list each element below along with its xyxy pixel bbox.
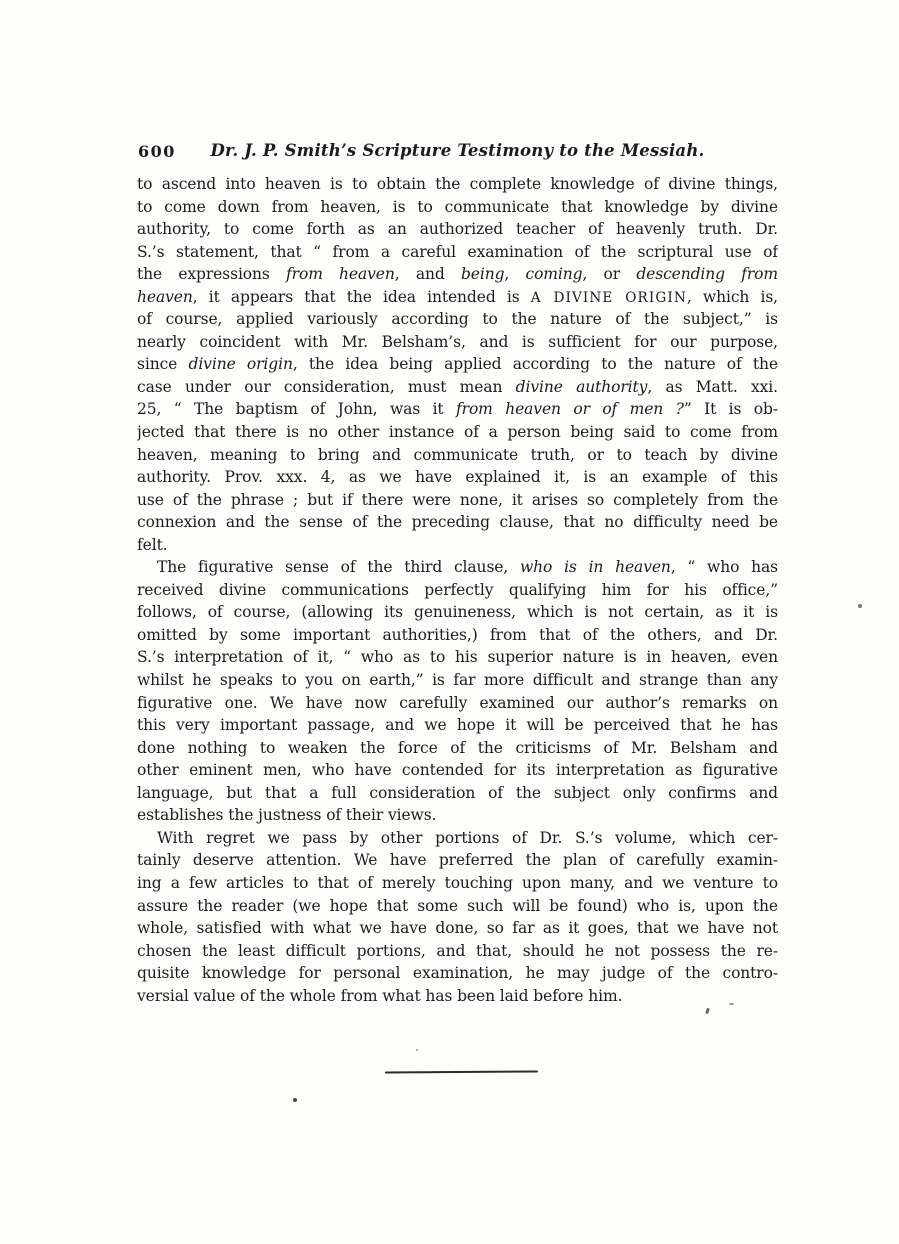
text-line: whilst he speaks to you on earth,” is fa… (137, 669, 778, 692)
text-line: this very important passage, and we hope… (137, 714, 778, 737)
scan-speck (293, 1098, 297, 1102)
text-line: With regret we pass by other portions of… (137, 827, 778, 850)
text-line: tainly deserve attention. We have prefer… (137, 849, 778, 872)
text-line: done nothing to weaken the force of the … (137, 737, 778, 760)
text-line: establishes the justness of their views. (137, 804, 778, 827)
text-line: chosen the least difficult portions, and… (137, 940, 778, 963)
text-line: case under our consideration, must mean … (137, 376, 778, 399)
body-text: to ascend into heaven is to obtain the c… (137, 173, 778, 1007)
text-line: nearly coincident with Mr. Belsham’s, an… (137, 331, 778, 354)
running-header: 600 Dr. J. P. Smith’s Scripture Testimon… (137, 140, 778, 166)
text-line: S.’s interpretation of it, “ who as to h… (137, 646, 778, 669)
text-line: 25, “ The baptism of John, was it from h… (137, 398, 778, 421)
page-number: 600 (138, 142, 176, 161)
text-line: to ascend into heaven is to obtain the c… (137, 173, 778, 196)
scan-speck (705, 1008, 710, 1015)
text-line: of course, applied variously according t… (137, 308, 778, 331)
text-line: omitted by some important authorities,) … (137, 624, 778, 647)
text-line: received divine communications perfectly… (137, 579, 778, 602)
text-line: connexion and the sense of the preceding… (137, 511, 778, 534)
text-line: authority. Prov. xxx. 4, as we have expl… (137, 466, 778, 489)
text-line: The figurative sense of the third clause… (137, 556, 778, 579)
text-line: use of the phrase ; but if there were no… (137, 489, 778, 512)
text-line: language, but that a full consideration … (137, 782, 778, 805)
text-line: follows, of course, (allowing its genuin… (137, 601, 778, 624)
running-title: Dr. J. P. Smith’s Scripture Testimony to… (137, 140, 778, 160)
text-line: since divine origin, the idea being appl… (137, 353, 778, 376)
text-line: whole, satisfied with what we have done,… (137, 917, 778, 940)
text-line: figurative one. We have now carefully ex… (137, 692, 778, 715)
text-line: heaven, it appears that the idea intende… (137, 286, 778, 309)
scan-speck (858, 604, 862, 608)
scan-speck (416, 1049, 418, 1051)
scanned-page: 600 Dr. J. P. Smith’s Scripture Testimon… (0, 0, 899, 1244)
text-line: other eminent men, who have contended fo… (137, 759, 778, 782)
text-line: heaven, meaning to bring and communicate… (137, 444, 778, 467)
section-divider-rule (385, 1070, 538, 1073)
text-line: quisite knowledge for personal examinati… (137, 962, 778, 985)
text-line: authority, to come forth as an authorize… (137, 218, 778, 241)
text-line: to come down from heaven, is to communic… (137, 196, 778, 219)
text-column: 600 Dr. J. P. Smith’s Scripture Testimon… (137, 140, 778, 1007)
text-line: felt. (137, 534, 778, 557)
text-line: assure the reader (we hope that some suc… (137, 895, 778, 918)
text-line: S.’s statement, that “ from a careful ex… (137, 241, 778, 264)
scan-speck (729, 1003, 734, 1005)
text-line: jected that there is no other instance o… (137, 421, 778, 444)
text-line: ing a few articles to that of merely tou… (137, 872, 778, 895)
text-line: the expressions from heaven, and being, … (137, 263, 778, 286)
text-line: versial value of the whole from what has… (137, 985, 778, 1008)
